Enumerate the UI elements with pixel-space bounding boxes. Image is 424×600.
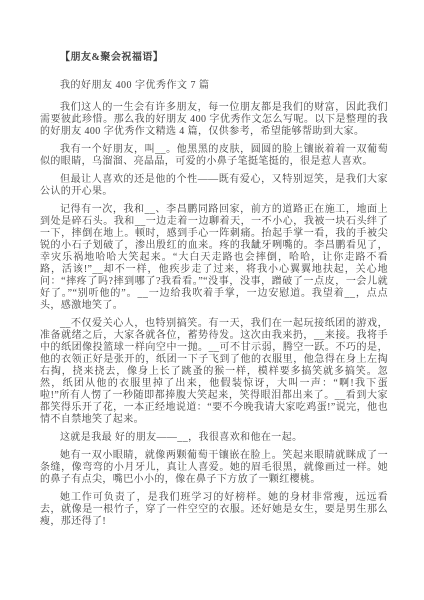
paragraph: 但最让人喜欢的还是他的个性——既有爱心，又特别逗笑，是我们大家公认的开心果。	[40, 174, 388, 198]
paragraph: 我有一个好朋友，叫__。他黑黑的皮肤，圆圆的脸上镶嵌着着一双葡萄似的眼睛，乌溜溜…	[40, 144, 388, 168]
paragraph: 我们这人的一生会有许多朋友，每一位朋友都是我们的财富，因此我们需要彼此珍惜。那么…	[40, 102, 388, 138]
paragraph: 她工作可负责了，是我们班学习的好榜样。她的身材非常瘦，远远看去，就像是一根竹子，…	[40, 492, 388, 528]
paragraph: 记得有一次，我和__、李昌鹏同路回家，前方的道路正在施工，地面上到处是碎石头。我…	[40, 204, 388, 312]
paragraph: __不仅爱关心人，也特别搞笑。有一天，我们在一起玩接纸团的游戏，准备就绪之后，大…	[40, 318, 388, 426]
document-body: 我们这人的一生会有许多朋友，每一位朋友都是我们的财富，因此我们需要彼此珍惜。那么…	[40, 102, 388, 528]
document-page: 【朋友&聚会祝福语】 我的好朋友 400 字优秀作文 7 篇 我们这人的一生会有…	[0, 0, 424, 600]
document-title: 我的好朋友 400 字优秀作文 7 篇	[40, 76, 388, 91]
paragraph: 这就是我最 好的朋友——__，我很喜欢和他在一起。	[40, 432, 388, 444]
paragraph: 她有一双小眼睛，就像两颗葡萄干镶嵌在脸上。笑起来眼睛就眯成了一条缝，像弯弯的小月…	[40, 450, 388, 486]
category-tag: 【朋友&聚会祝福语】	[40, 48, 388, 63]
